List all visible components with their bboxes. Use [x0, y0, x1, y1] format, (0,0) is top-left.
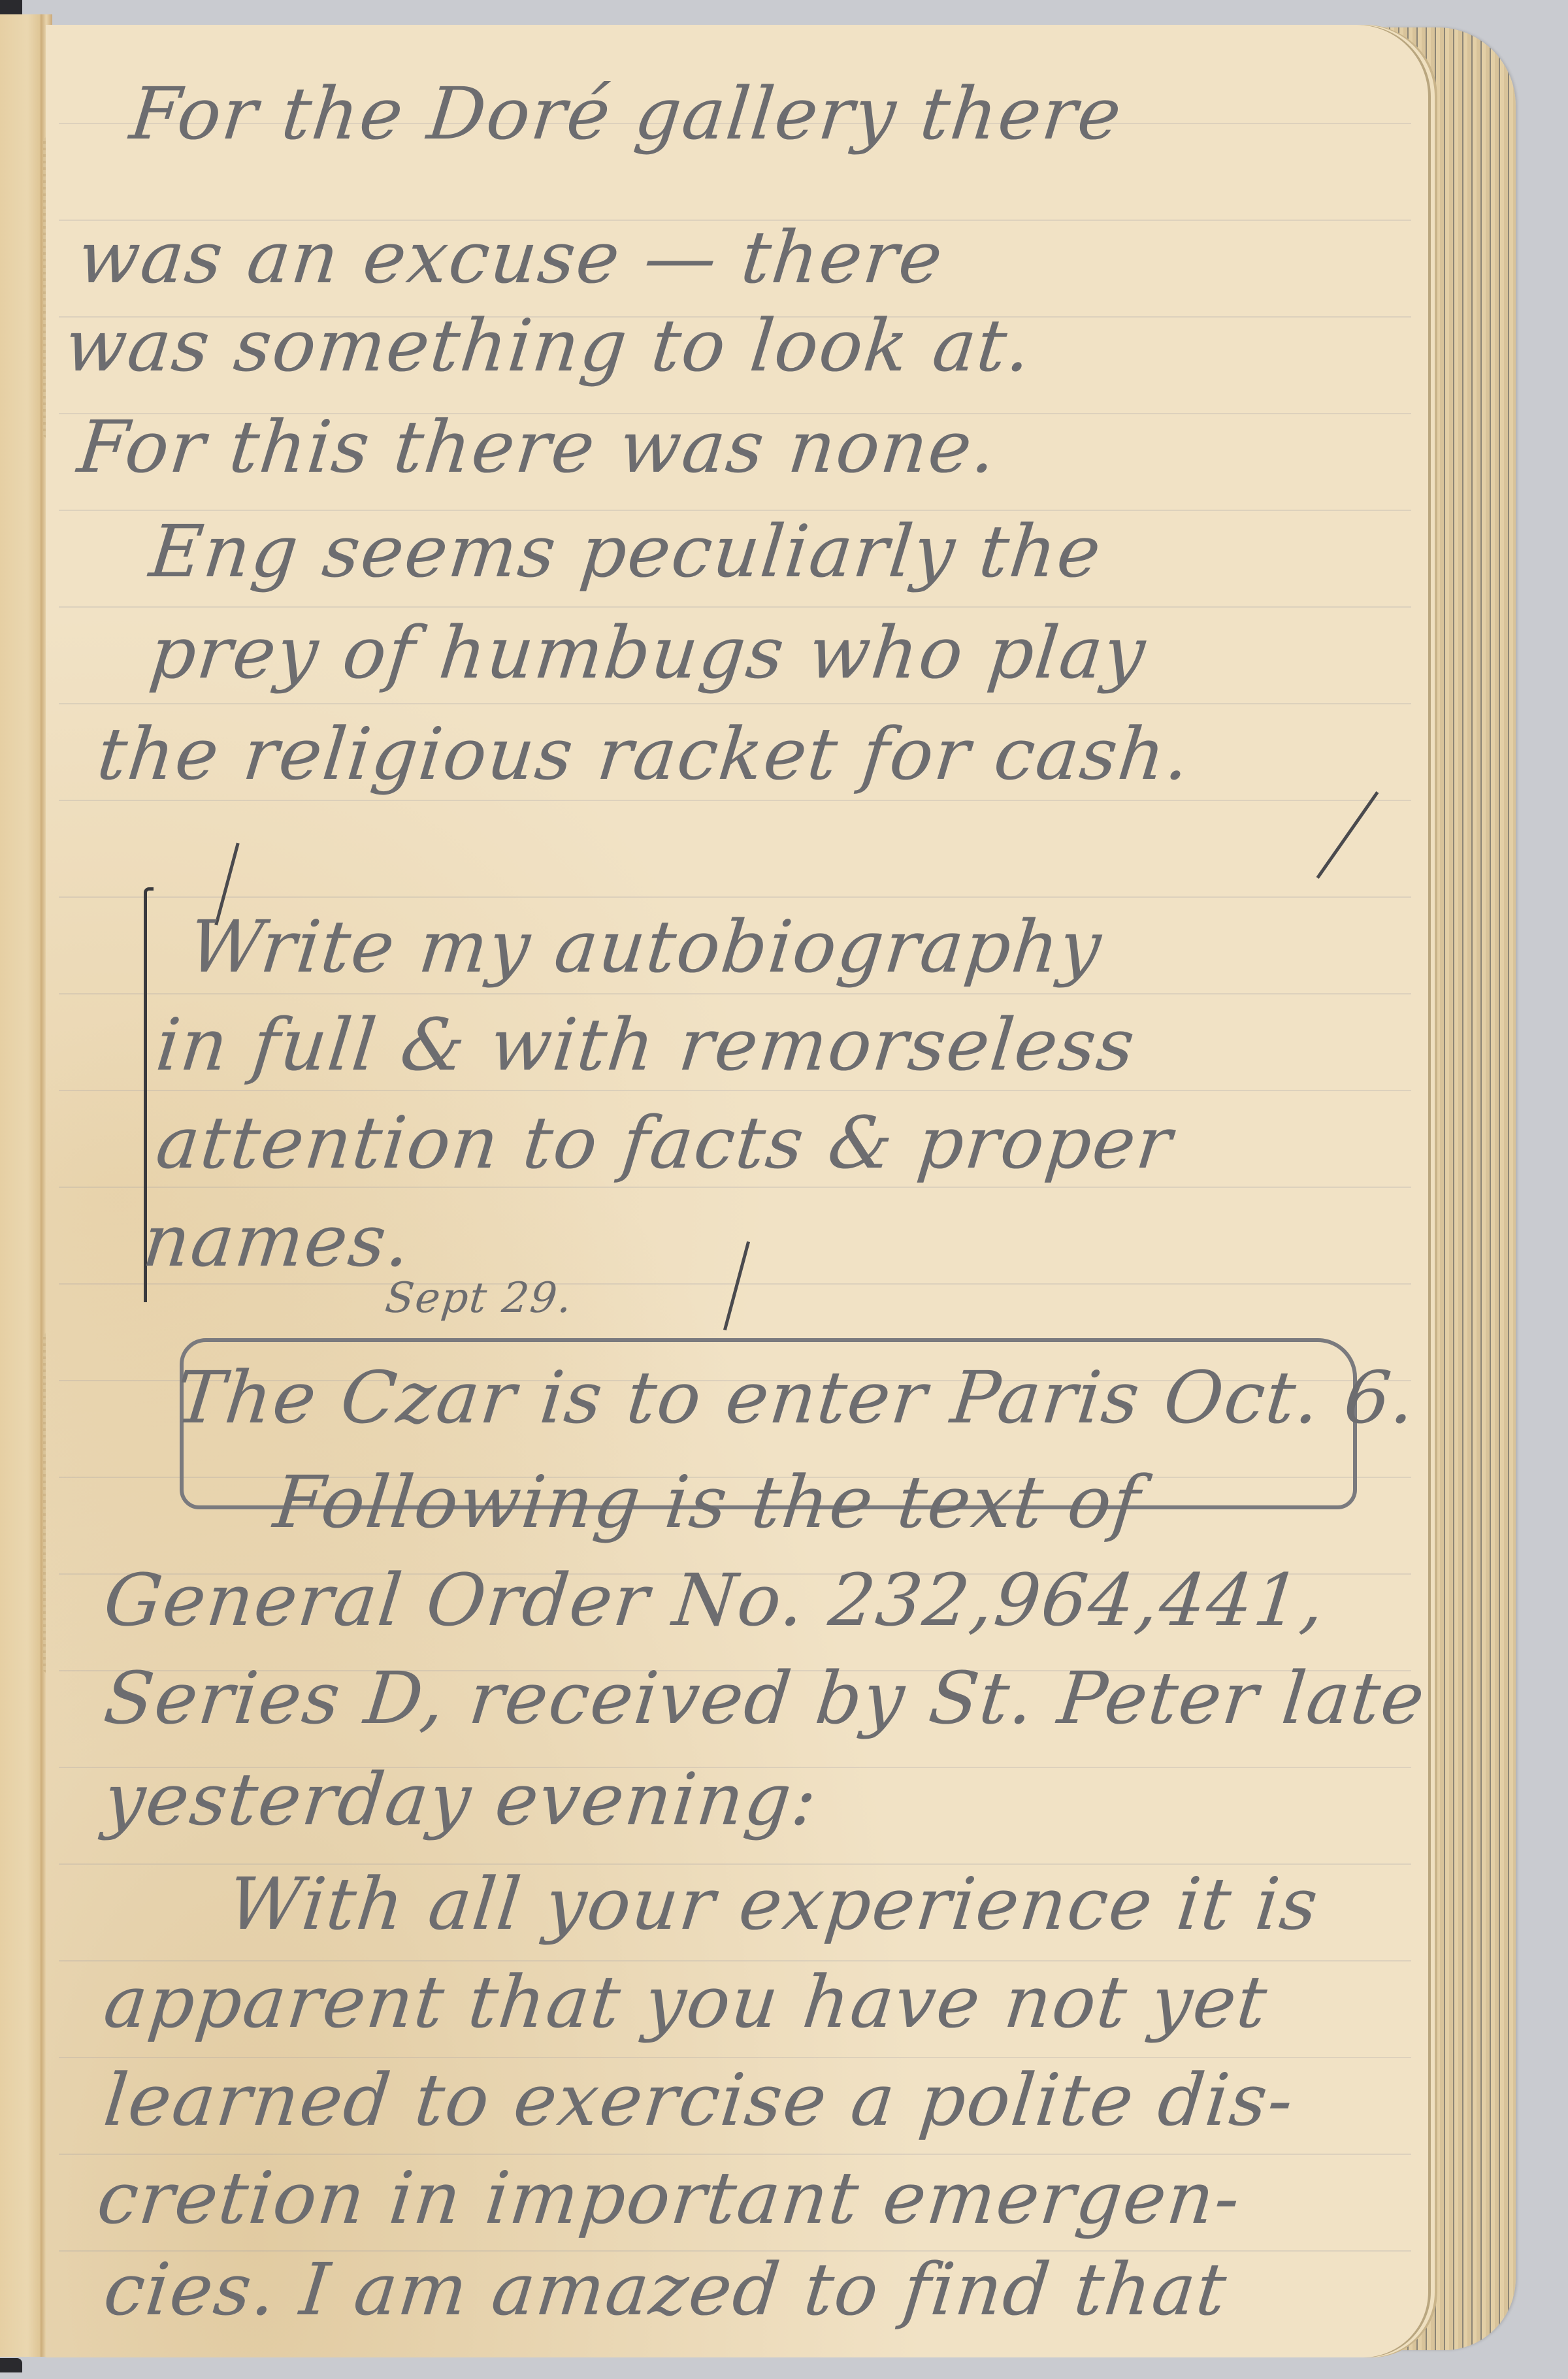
notebook-cover-corner: [0, 2358, 22, 2372]
autobiography-note-line: in full & with remorseless: [152, 1003, 1139, 1087]
rule-line: [59, 703, 1411, 704]
czar-note-text: The Czar is to enter Paris Oct. 6.: [172, 1356, 1420, 1439]
autobiography-note-line: Write my autobiography: [185, 905, 1106, 989]
notebook-page: For the Doré gallery there was an excuse…: [46, 25, 1437, 2357]
handwritten-line: For this there was none.: [74, 405, 1001, 489]
note-date: Sept 29.: [383, 1274, 575, 1322]
rule-line: [59, 606, 1411, 608]
rule-line: [59, 2154, 1411, 2155]
handwritten-line: Eng seems peculiarly the: [146, 510, 1105, 593]
rule-line: [59, 800, 1411, 801]
separator-stroke: [723, 1241, 750, 1331]
rule-line: [59, 1187, 1411, 1188]
autobiography-note-line: attention to facts & proper: [152, 1101, 1177, 1185]
general-order-line: General Order No. 232,964,441,: [100, 1558, 1330, 1642]
handwritten-line: For the Doré gallery there: [126, 72, 1126, 156]
general-order-line: yesterday evening:: [100, 1758, 822, 1841]
autobiography-note-line: names.: [139, 1199, 416, 1283]
general-order-line: Series D, received by St. Peter late: [100, 1656, 1429, 1740]
handwritten-line: the religious racket for cash.: [93, 712, 1194, 796]
general-order-line: cies. I am amazed to find that: [100, 2248, 1231, 2331]
general-order-line: With all your experience it is: [224, 1862, 1322, 1946]
general-order-line: learned to exercise a polite dis-: [100, 2058, 1298, 2142]
general-order-line: cretion in important emergen-: [93, 2156, 1245, 2240]
rule-line: [59, 993, 1411, 994]
separator-stroke: [1316, 791, 1379, 879]
rule-line: [59, 896, 1411, 898]
general-order-line: Following is the text of: [270, 1460, 1145, 1544]
general-order-line: apparent that you have not yet: [100, 1960, 1271, 2044]
handwritten-line: was something to look at.: [61, 304, 1036, 387]
rule-line: [59, 1090, 1411, 1091]
handwritten-line: prey of humbugs who play: [146, 611, 1150, 695]
handwritten-line: was an excuse — there: [74, 216, 947, 299]
facing-page-edge: [0, 14, 46, 2357]
